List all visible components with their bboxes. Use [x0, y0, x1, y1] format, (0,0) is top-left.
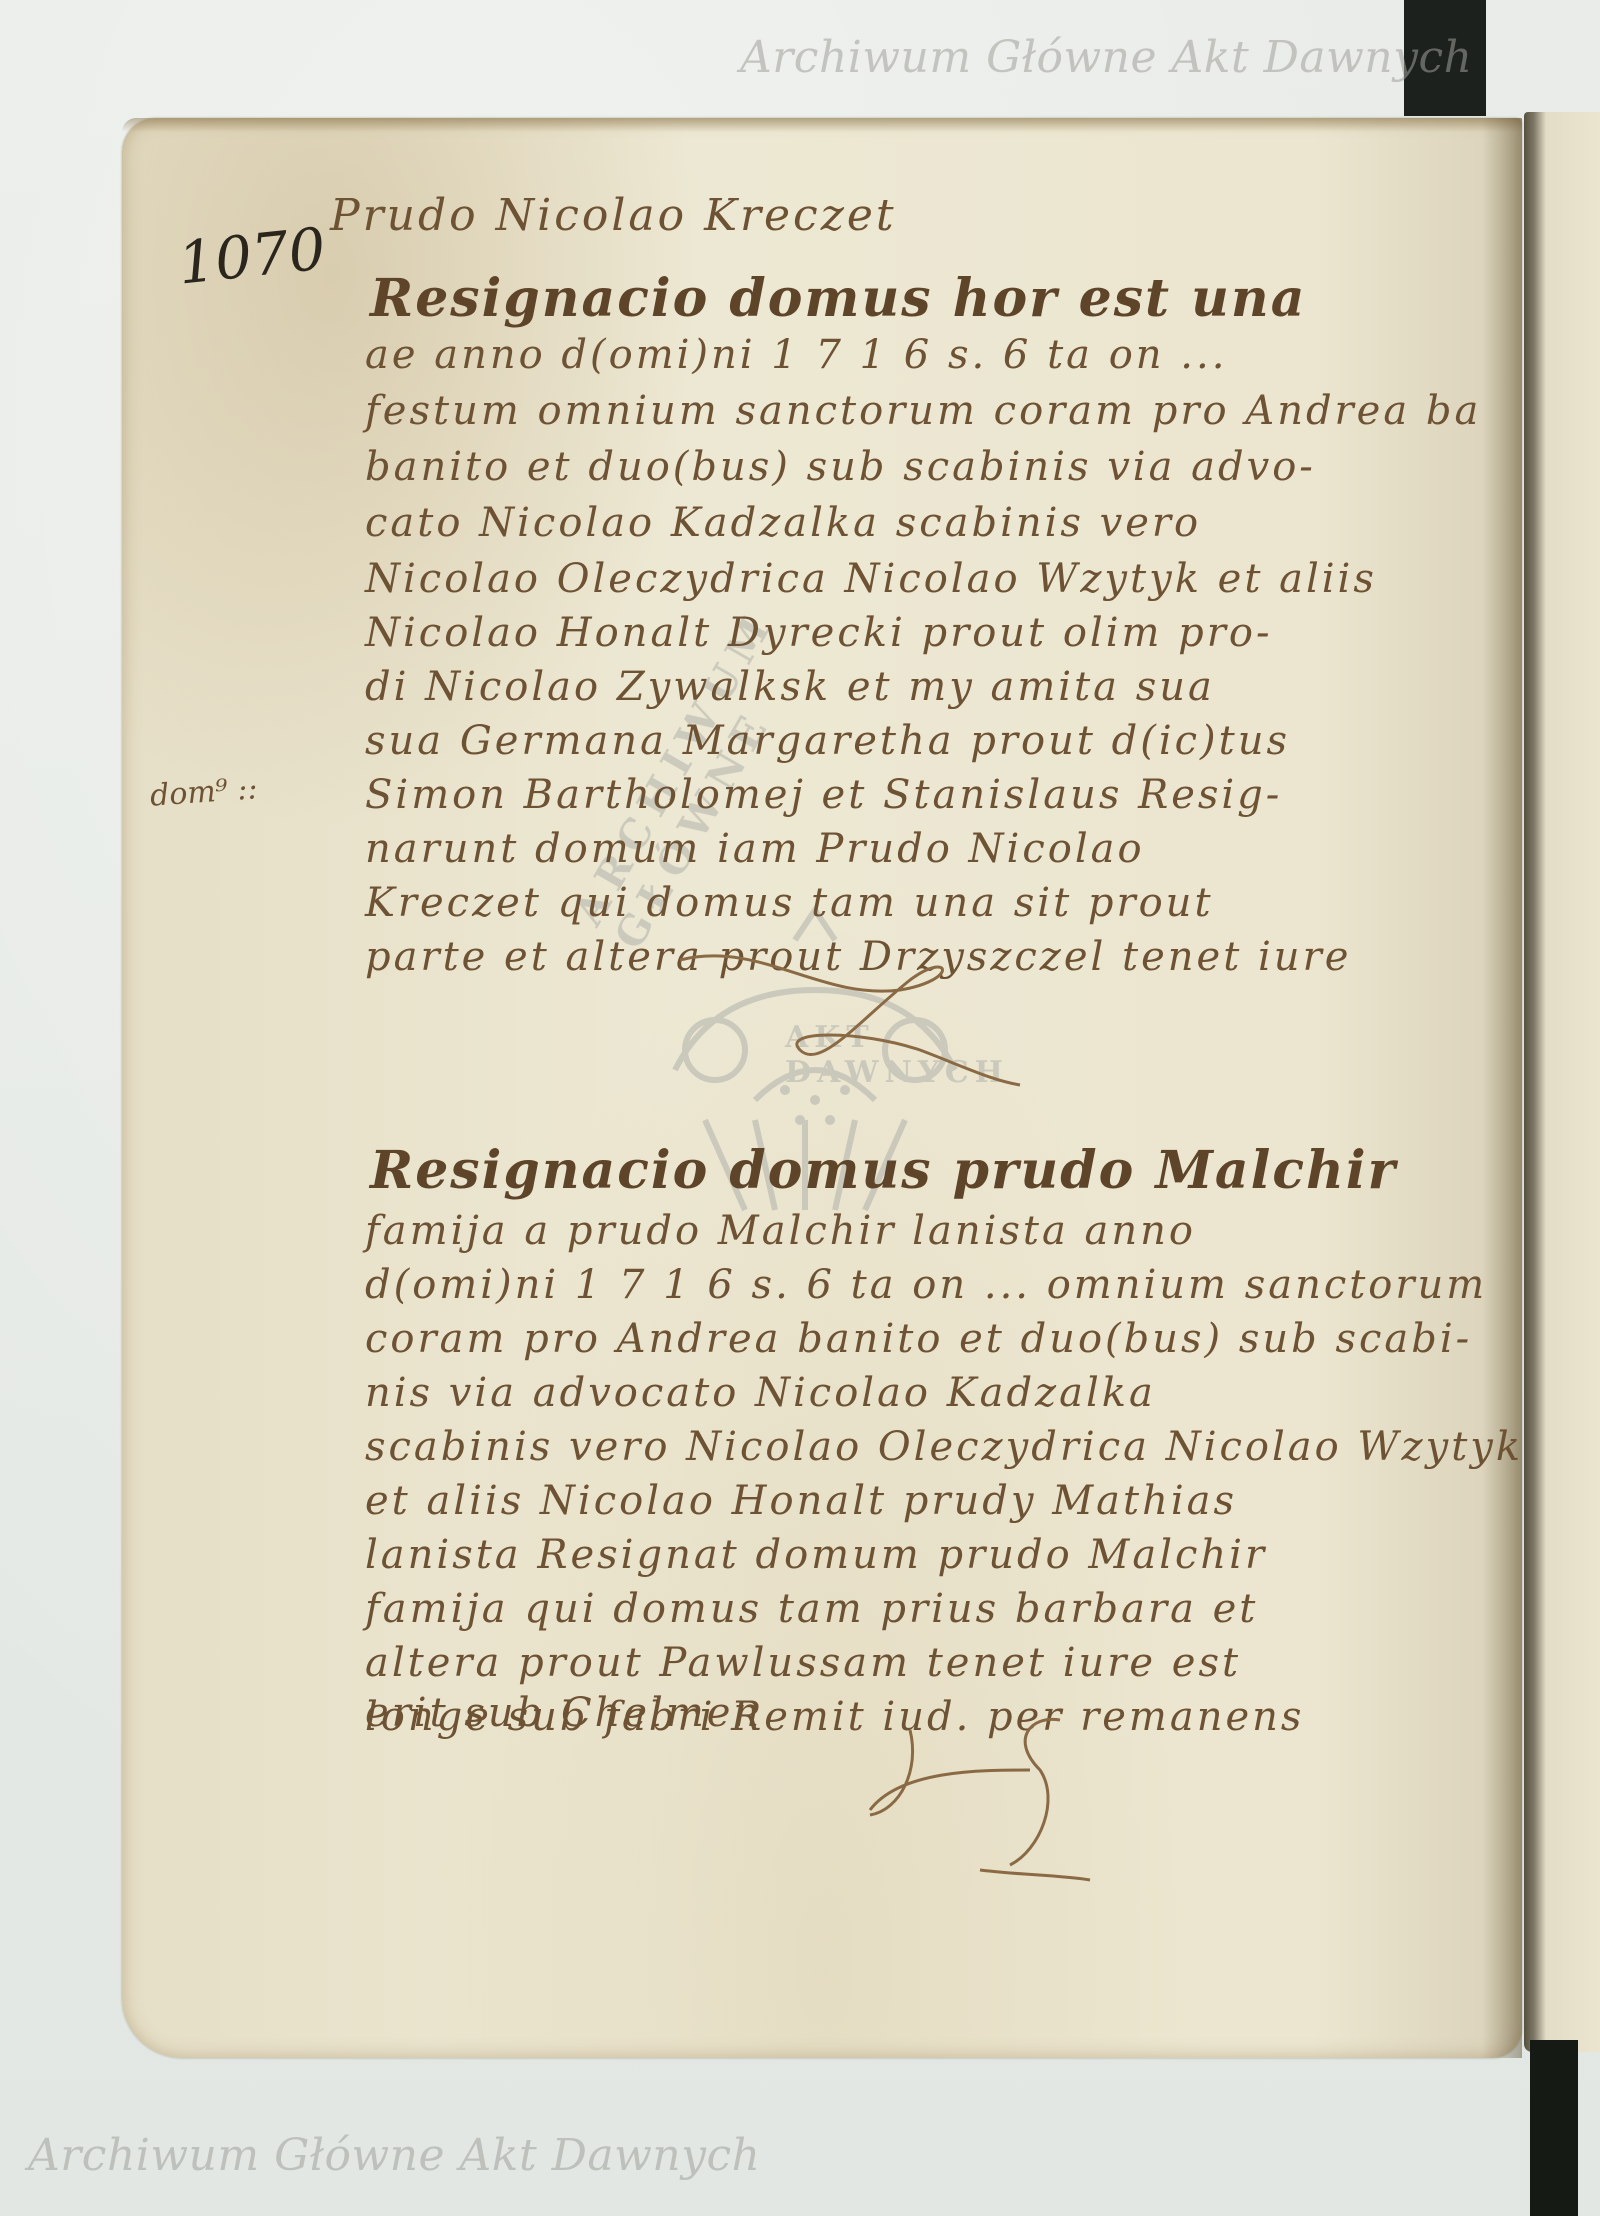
- adjacent-page-edge: [1524, 112, 1600, 2052]
- binding-strip-bottom: [1530, 2040, 1578, 2216]
- entry-1-line: Nicolao Oleczydrica Nicolao Wzytyk et al…: [365, 556, 1377, 602]
- entry-1-line: Simon Bartholomej et Stanislaus Resig-: [365, 772, 1282, 818]
- archive-watermark-bottom: Archiwum Główne Akt Dawnych: [28, 2130, 760, 2181]
- entry-1-line: cato Nicolao Kadzalka scabinis vero: [365, 500, 1201, 546]
- entry-2-line: lanista Resignat domum prudo Malchir: [365, 1532, 1267, 1578]
- entry-2-line: coram pro Andrea banito et duo(bus) sub …: [365, 1316, 1472, 1362]
- entry-1-heading: Resignacio domus hor est una: [370, 268, 1306, 329]
- gutter-shadow: [1482, 118, 1522, 2058]
- page-edge-stain: [122, 118, 1522, 132]
- entry-2-line: scabinis vero Nicolao Oleczydrica Nicola…: [365, 1424, 1523, 1470]
- entry-1-line: Kreczet qui domus tam una sit prout: [365, 880, 1214, 926]
- entry-1-line: ae anno d(omi)ni 1 7 1 6 s. 6 ta on ...: [365, 332, 1227, 378]
- archive-watermark-top: Archiwum Główne Akt Dawnych: [740, 32, 1472, 83]
- entry-2-heading: Resignacio domus prudo Malchir: [370, 1140, 1397, 1201]
- entry-1-line: Nicolao Honalt Dyrecki prout olim pro-: [365, 610, 1272, 656]
- entry-1-line: festum omnium sanctorum coram pro Andrea…: [365, 388, 1481, 434]
- entry-1-line: banito et duo(bus) sub scabinis via advo…: [365, 444, 1316, 490]
- entry-2-line: famija a prudo Malchir lanista anno: [365, 1208, 1196, 1254]
- entry-2-line: et aliis Nicolao Honalt prudy Mathias: [365, 1478, 1237, 1524]
- paraph-flourish-icon: [860, 1710, 1100, 1890]
- entry-1-line: di Nicolao Zywalksk et my amita sua: [365, 664, 1215, 710]
- entry-2-line: altera prout Pawlussam tenet iure est: [365, 1640, 1241, 1686]
- entry-2-line: famija qui domus tam prius barbara et: [365, 1586, 1258, 1632]
- entry-2-line-last: erit sub Chelmen: [365, 1690, 762, 1736]
- entry-2-line: d(omi)ni 1 7 1 6 s. 6 ta on ... omnium s…: [365, 1262, 1487, 1308]
- margin-note: dom⁹ ::: [149, 771, 259, 813]
- paraph-flourish-icon: [660, 940, 1060, 1100]
- header-note: Prudo Nicolao Kreczet: [330, 190, 897, 241]
- entry-1-line: narunt domum iam Prudo Nicolao: [365, 826, 1145, 872]
- entry-1-line: sua Germana Margaretha prout d(ic)tus: [365, 718, 1290, 764]
- entry-2-line: nis via advocato Nicolao Kadzalka: [365, 1370, 1156, 1416]
